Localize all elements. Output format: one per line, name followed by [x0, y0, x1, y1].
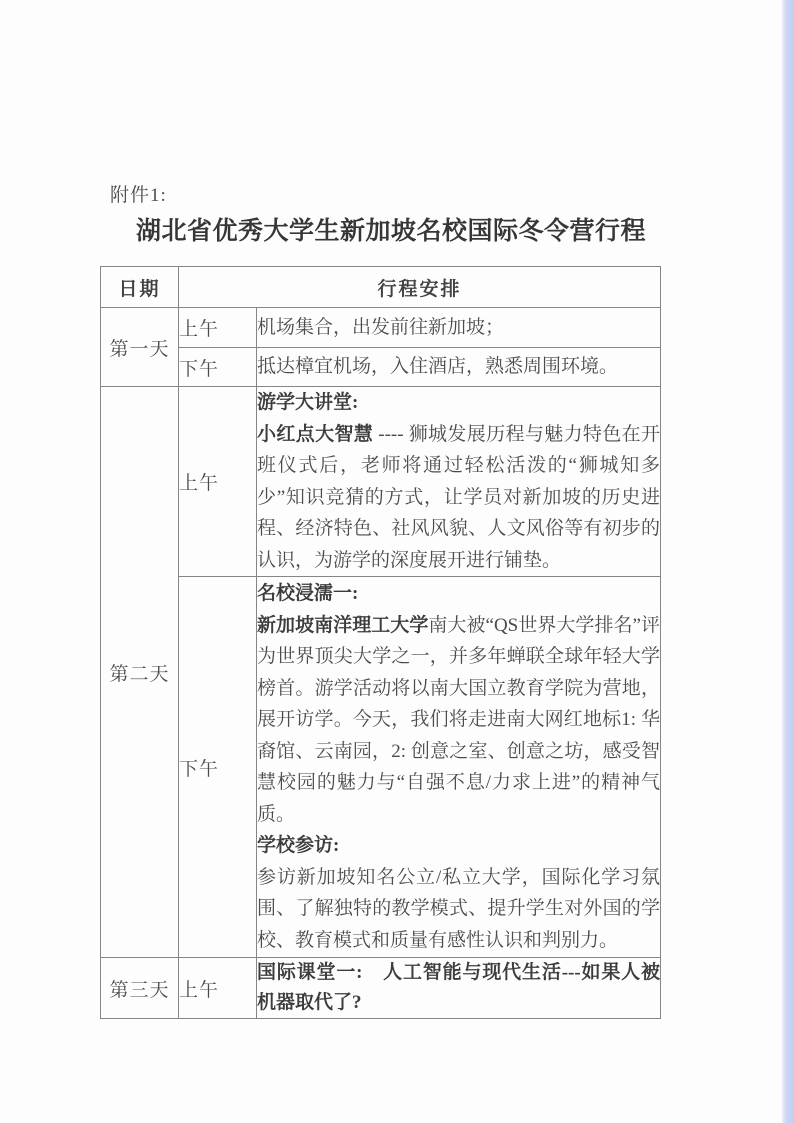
day3-morning-row: 第三天 上午 国际课堂一: 人工智能与现代生活---如果人被机器取代了?: [101, 958, 661, 1019]
day1-label-cell: 第一天: [101, 308, 179, 387]
paragraph: 游学大讲堂:: [257, 387, 660, 419]
day1-morning-row: 第一天 上午 机场集合，出发前往新加坡；: [101, 308, 661, 348]
document-page: 附件1: 湖北省优秀大学生新加坡名校国际冬令营行程 日期 行程安排 第一天 上午…: [0, 0, 794, 1123]
day2-am-content-cell: 游学大讲堂:小红点大智慧 ---- 狮城发展历程与魅力特色在开班仪式后，老师将通…: [257, 387, 661, 577]
paragraph: 国际课堂一: 人工智能与现代生活---如果人被机器取代了?: [257, 958, 660, 1018]
day2-am-label-cell: 上午: [179, 387, 257, 577]
paragraph: 名校浸濡一:: [257, 578, 660, 610]
bold-text-segment: 国际课堂一: 人工智能与现代生活---如果人被机器取代了?: [257, 962, 660, 1013]
header-plan-cell: 行程安排: [179, 267, 661, 308]
header-date-cell: 日期: [101, 267, 179, 308]
paragraph: 小红点大智慧 ---- 狮城发展历程与魅力特色在开班仪式后，老师将通过轻松活泼的…: [257, 419, 660, 577]
bold-text-segment: 小红点大智慧: [257, 424, 373, 445]
day1-am-content-cell: 机场集合，出发前往新加坡；: [257, 308, 661, 348]
paragraph: 新加坡南洋理工大学南大被“QS世界大学排名”评为世界顶尖大学之一，并多年蝉联全球…: [257, 610, 660, 831]
document-title: 湖北省优秀大学生新加坡名校国际冬令营行程: [0, 211, 782, 247]
day2-label-cell: 第二天: [101, 387, 179, 958]
attachment-label: 附件1:: [110, 180, 167, 207]
day2-pm-content-cell: 名校浸濡一:新加坡南洋理工大学南大被“QS世界大学排名”评为世界顶尖大学之一，并…: [257, 577, 661, 958]
day2-pm-label-cell: 下午: [179, 577, 257, 958]
bold-text-segment: 学校参访:: [257, 835, 339, 856]
day3-am-content-cell: 国际课堂一: 人工智能与现代生活---如果人被机器取代了?: [257, 958, 661, 1019]
day2-afternoon-row: 下午 名校浸濡一:新加坡南洋理工大学南大被“QS世界大学排名”评为世界顶尖大学之…: [101, 577, 661, 958]
day3-label-cell: 第三天: [101, 958, 179, 1019]
day1-pm-label-cell: 下午: [179, 348, 257, 387]
paragraph: 参访新加坡知名公立/私立大学，国际化学习氛围、了解独特的教学模式、提升学生对外国…: [257, 862, 660, 957]
scan-edge-strip: [782, 0, 794, 1123]
bold-text-segment: 游学大讲堂:: [257, 392, 358, 413]
bold-text-segment: 名校浸濡一:: [257, 583, 358, 604]
bold-text-segment: 新加坡南洋理工大学: [257, 615, 428, 636]
paragraph: 学校参访:: [257, 830, 660, 862]
table-header-row: 日期 行程安排: [101, 267, 661, 308]
text-segment: ---- 狮城发展历程与魅力特色在开班仪式后，老师将通过轻松活泼的“狮城知多少”…: [257, 424, 660, 571]
day1-afternoon-row: 下午 抵达樟宜机场，入住酒店，熟悉周围环境。: [101, 348, 661, 387]
day1-am-label-cell: 上午: [179, 308, 257, 348]
text-segment: 南大被“QS世界大学排名”评为世界顶尖大学之一，并多年蝉联全球年轻大学榜首。游学…: [257, 615, 660, 825]
day1-pm-content-cell: 抵达樟宜机场，入住酒店，熟悉周围环境。: [257, 348, 661, 387]
text-segment: 参访新加坡知名公立/私立大学，国际化学习氛围、了解独特的教学模式、提升学生对外国…: [257, 867, 660, 951]
day2-morning-row: 第二天 上午 游学大讲堂:小红点大智慧 ---- 狮城发展历程与魅力特色在开班仪…: [101, 387, 661, 577]
itinerary-table: 日期 行程安排 第一天 上午 机场集合，出发前往新加坡； 下午 抵达樟宜机场，入…: [100, 266, 661, 1019]
day3-am-label-cell: 上午: [179, 958, 257, 1019]
